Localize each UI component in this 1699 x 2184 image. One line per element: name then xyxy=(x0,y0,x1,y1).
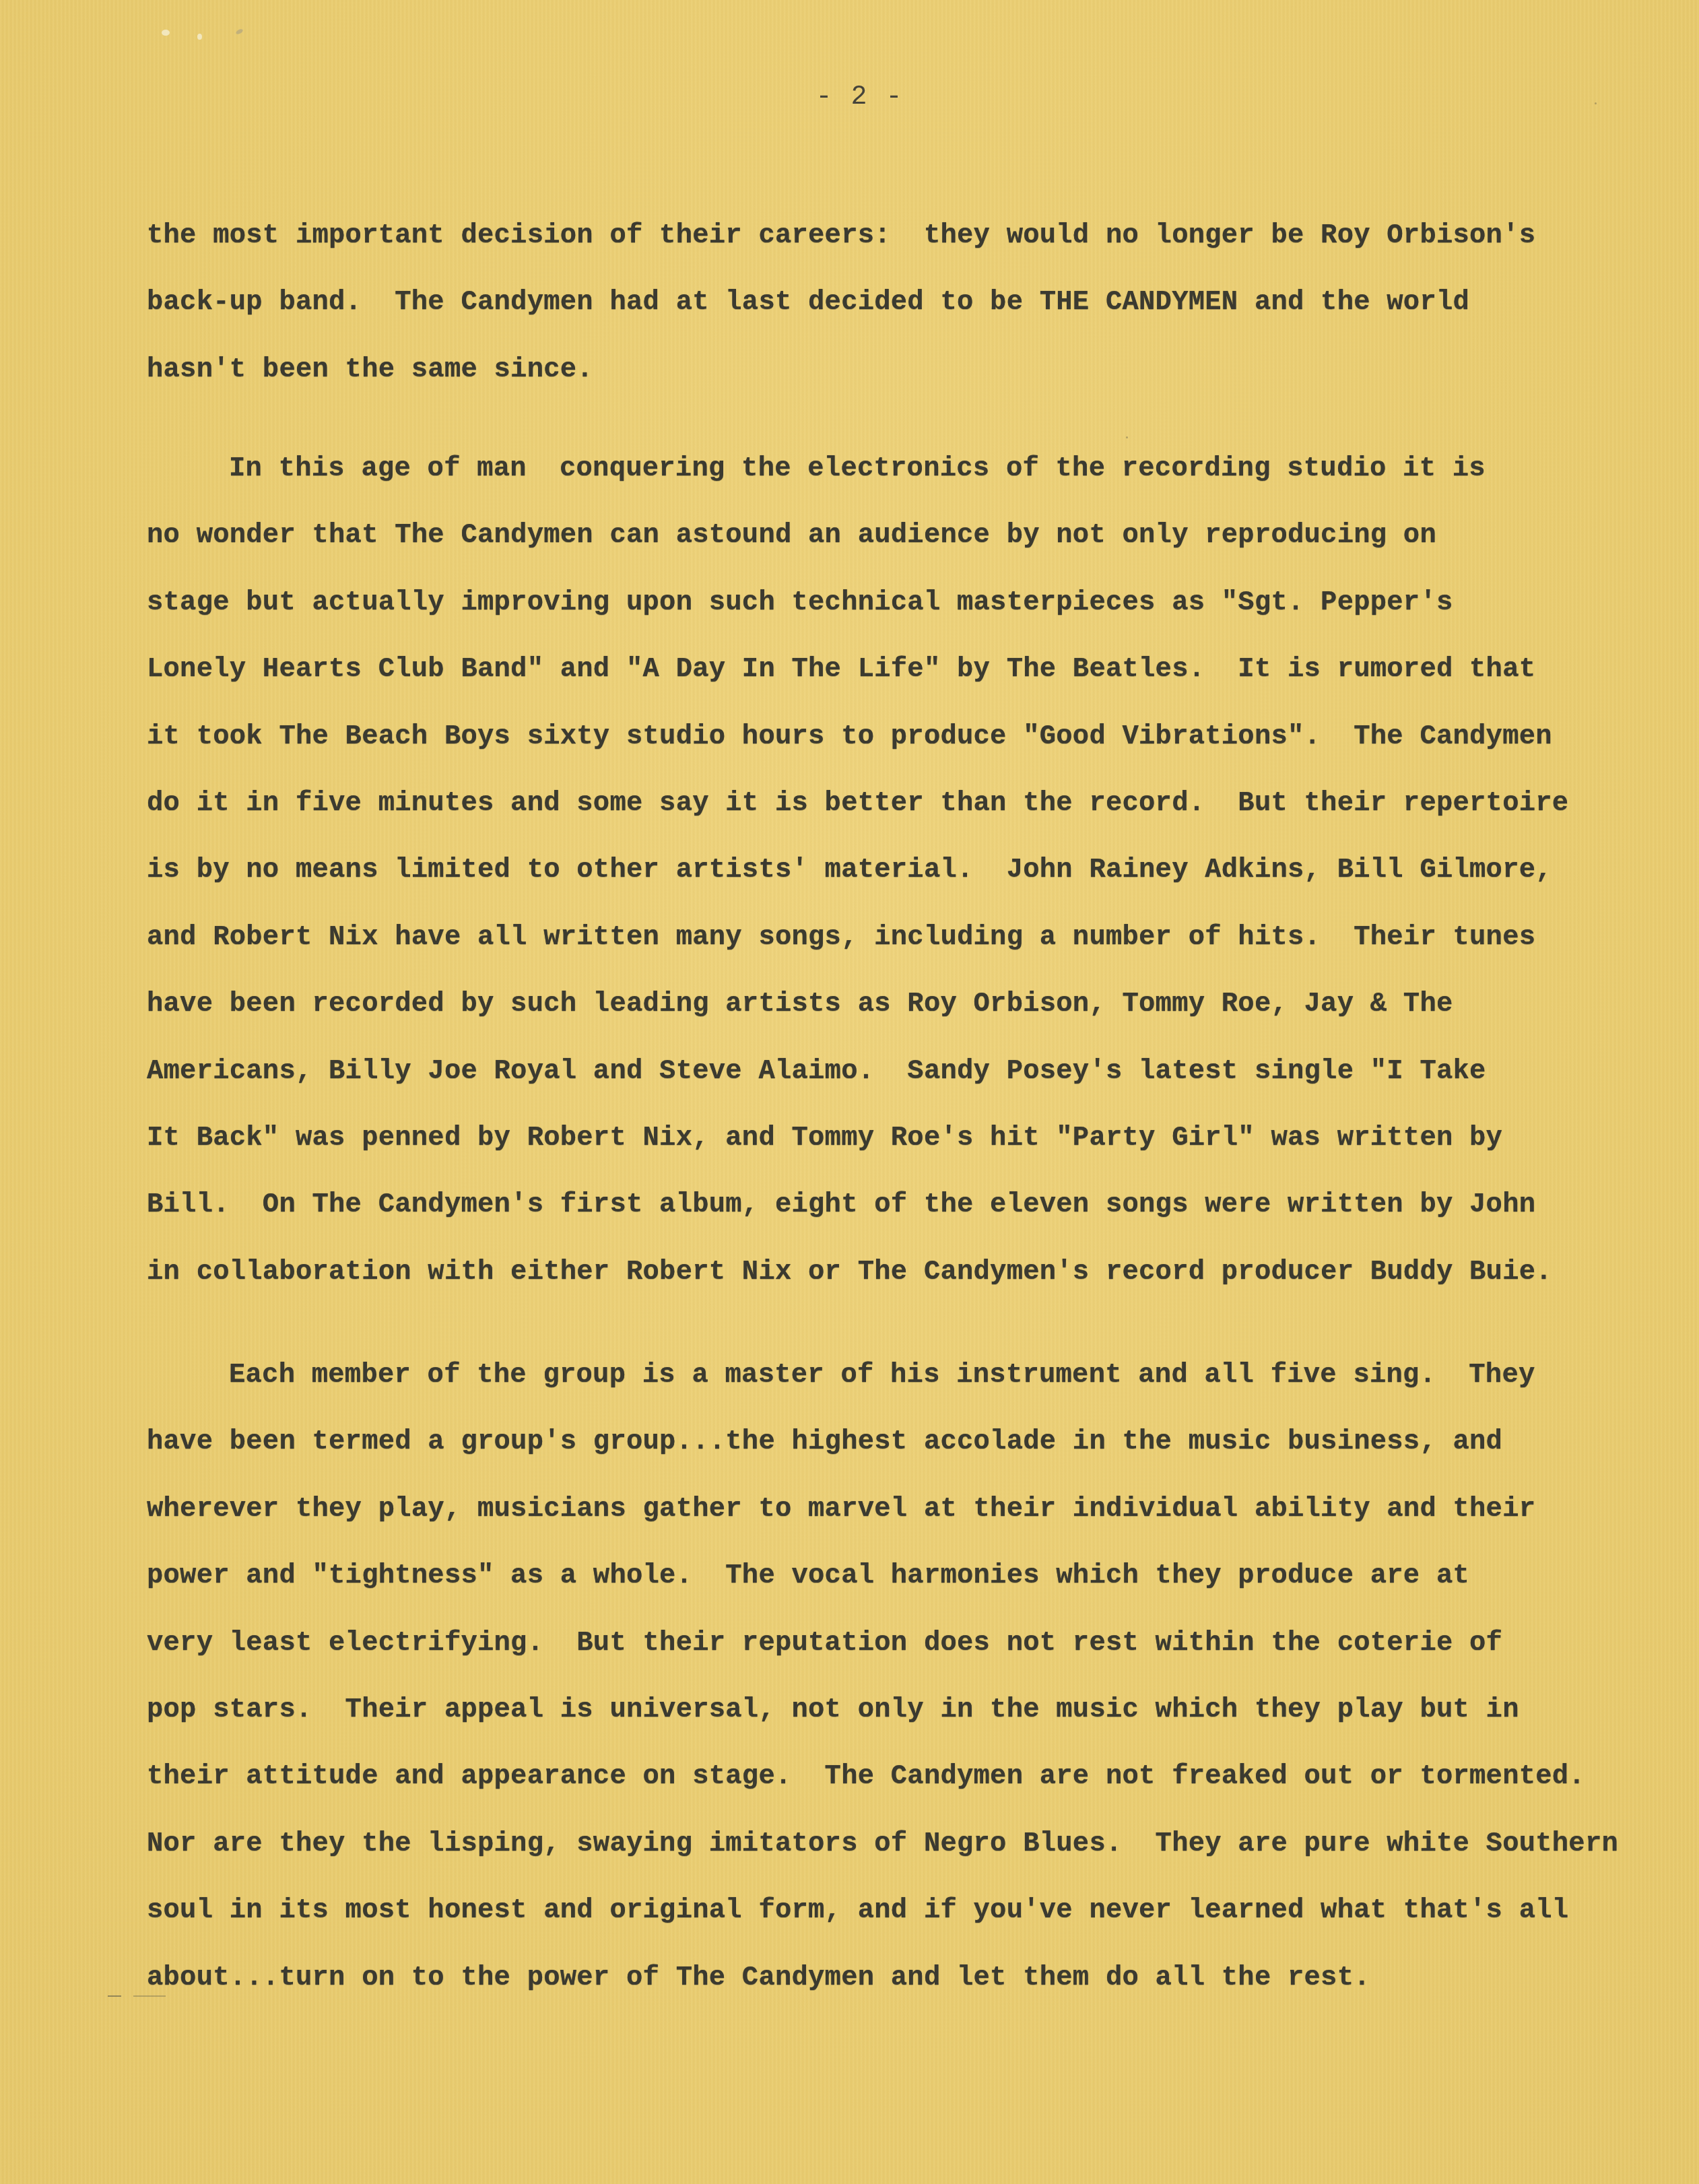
paper-blemish xyxy=(162,30,170,36)
paper-blemish xyxy=(235,28,244,36)
text-line: hasn't been the same since. xyxy=(147,354,593,386)
text-line: It Back" was penned by Robert Nix, and T… xyxy=(147,1122,1502,1154)
margin-mark xyxy=(133,1995,166,1997)
text-line: is by no means limited to other artists'… xyxy=(147,854,1552,886)
text-line: and Robert Nix have all written many son… xyxy=(147,921,1535,954)
text-line: back-up band. The Candymen had at last d… xyxy=(147,286,1469,319)
text-line: wherever they play, musicians gather to … xyxy=(147,1493,1535,1525)
text-line: Nor are they the lisping, swaying imitat… xyxy=(147,1828,1618,1860)
text-line: pop stars. Their appeal is universal, no… xyxy=(147,1694,1519,1726)
text-line: Each member of the group is a master of … xyxy=(229,1359,1535,1391)
text-line: their attitude and appearance on stage. … xyxy=(147,1760,1585,1793)
page-number: - 2 - xyxy=(0,82,1699,112)
text-line: power and "tightness" as a whole. The vo… xyxy=(147,1560,1469,1592)
typewritten-page: - 2 - the most important decision of the… xyxy=(0,0,1699,2184)
text-line: in collaboration with either Robert Nix … xyxy=(147,1256,1552,1288)
text-line: In this age of man conquering the electr… xyxy=(229,453,1486,485)
paper-speck xyxy=(1126,436,1128,438)
text-line: stage but actually improving upon such t… xyxy=(147,587,1453,619)
text-line: the most important decision of their car… xyxy=(147,220,1535,252)
text-line: Americans, Billy Joe Royal and Steve Ala… xyxy=(147,1055,1486,1088)
text-line: very least electrifying. But their reput… xyxy=(147,1627,1502,1659)
text-line: it took The Beach Boys sixty studio hour… xyxy=(147,721,1552,753)
text-line: no wonder that The Candymen can astound … xyxy=(147,519,1436,552)
paper-blemish xyxy=(197,34,202,40)
text-line: Bill. On The Candymen's first album, eig… xyxy=(147,1189,1535,1221)
text-line: soul in its most honest and original for… xyxy=(147,1894,1568,1927)
margin-mark xyxy=(108,1995,121,1997)
text-line: Lonely Hearts Club Band" and "A Day In T… xyxy=(147,653,1535,686)
text-line: about...turn on to the power of The Cand… xyxy=(147,1962,1370,1994)
text-line: have been recorded by such leading artis… xyxy=(147,988,1453,1020)
text-line: do it in five minutes and some say it is… xyxy=(147,787,1568,820)
text-line: have been termed a group's group...the h… xyxy=(147,1426,1502,1458)
